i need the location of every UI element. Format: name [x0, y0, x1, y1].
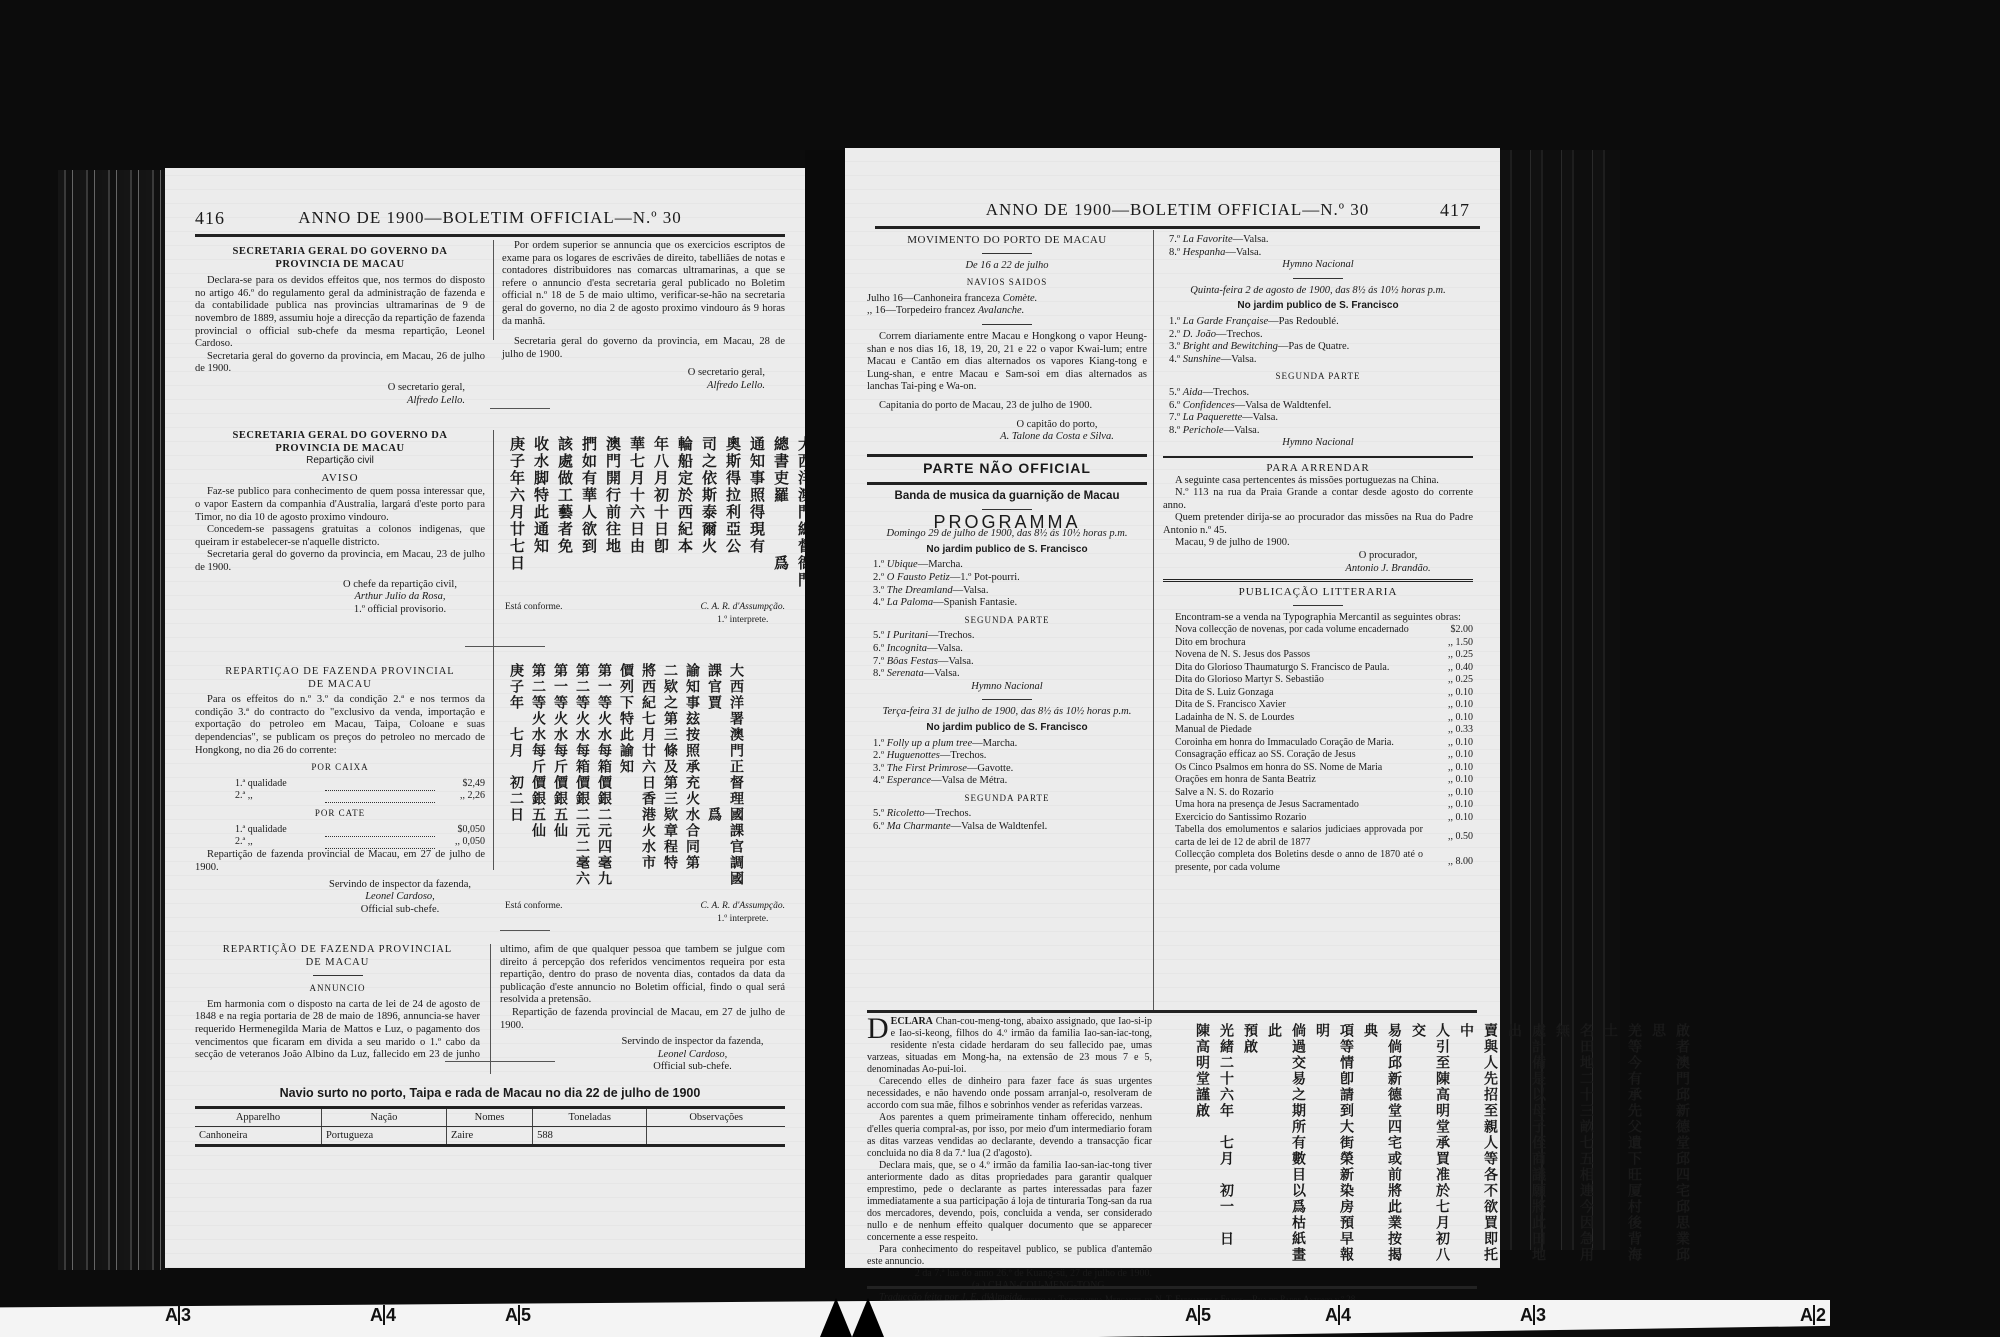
- chinese-column: 通知事照得現有: [745, 436, 769, 596]
- piece-title: Sunshine: [1183, 354, 1221, 365]
- film-strip: [0, 1300, 1830, 1337]
- film-arrow-icon: [852, 1298, 884, 1337]
- notice-secretaria-1: SECRETARIA GERAL DO GOVERNO DA PROVINCIA…: [195, 246, 485, 407]
- notice-closing: Secretaria geral do governo da provincia…: [502, 336, 785, 361]
- concert-venue: No jardim publico de S. Francisco: [867, 544, 1147, 557]
- chinese-notice-1-attestation: Está conforme. C. A. R. d'Assumpção. 1.º…: [505, 601, 785, 626]
- programme-item: 1.º Ubique—Marcha.: [867, 559, 1147, 572]
- book-title: Dita do Glorioso Martyr S. Sebastião: [1163, 674, 1423, 687]
- table-cell: [647, 1127, 785, 1146]
- book-price: ,, 0.10: [1423, 749, 1473, 762]
- port-entry: Julho 16—Canhoneira franceza Comète.: [867, 293, 1147, 306]
- signature-role: 1.º official provisorio.: [315, 604, 485, 617]
- programme-item: 1.º Folly up a plum tree—Marcha.: [867, 738, 1147, 751]
- price-row: Os Cinco Psalmos em honra do SS. Nome de…: [1163, 762, 1473, 775]
- ship-table-title: Navio surto no porto, Taipa e rada de Ma…: [195, 1086, 785, 1100]
- film-marker: A2: [1800, 1305, 1826, 1326]
- notice-heading: PROVINCIA DE MACAU: [195, 259, 485, 272]
- book-title: Consagração efficaz ao SS. Coração de Je…: [1163, 749, 1423, 762]
- notice-body: Por ordem superior se annuncia que os ex…: [502, 240, 785, 328]
- subheading: NAVIOS SAIDOS: [867, 276, 1147, 289]
- price-value: $0,050: [435, 824, 485, 837]
- film-marker-number: 3: [1533, 1305, 1546, 1325]
- section-rule: [867, 454, 1147, 457]
- port-body: Correm diariamente entre Macau e Hongkon…: [867, 331, 1147, 394]
- declaration-body: Para conhecimento do respeitavel publico…: [867, 1244, 1152, 1268]
- piece-title: Confidences: [1183, 400, 1235, 411]
- column-header: Toneladas: [533, 1108, 647, 1127]
- chinese-notice-2-attestation: Está conforme. C. A. R. d'Assumpção. 1.º…: [505, 900, 785, 925]
- piece-title: Aida: [1183, 387, 1203, 398]
- programme-item: 8.º Hespanha—Valsa.: [1163, 247, 1473, 260]
- signature-title: O secretario geral,: [388, 382, 465, 393]
- price-row: Exercicio do Santissimo Rozario,, 0.10: [1163, 812, 1473, 825]
- concert-venue: No jardim publico de S. Francisco: [867, 722, 1147, 735]
- notice-aviso: SECRETARIA GERAL DO GOVERNO DA PROVINCIA…: [195, 430, 485, 616]
- notice-heading: DE MACAU: [195, 957, 480, 970]
- literary-price-list: Nova collecção de novenas, por cada volu…: [1163, 624, 1473, 874]
- chinese-column: 人引至陳高明堂承買准於七月初八交: [1406, 1023, 1454, 1278]
- table-cell: Zaire: [446, 1127, 532, 1146]
- price-value: ,, 0,050: [435, 836, 485, 849]
- price-table: 1.ª qualidade$2,492.ª ,,,, 2,26: [195, 778, 485, 804]
- chinese-column: 澳門開行前往地: [601, 436, 625, 596]
- book-title: Collecção completa dos Boletins desde o …: [1163, 849, 1423, 874]
- signature-role: Official sub-chefe.: [600, 1061, 785, 1074]
- dot-leader: [325, 836, 435, 849]
- piece-title: La Favorite: [1183, 234, 1233, 245]
- film-arrow-icon: [820, 1298, 852, 1337]
- programme-item: 4.º La Paloma—Spanish Fantasie.: [867, 597, 1147, 610]
- book-title: Dito em brochura: [1163, 637, 1423, 650]
- section-rule: [445, 1061, 555, 1062]
- notice-body: Concedem-se passagens gratuitas a colono…: [195, 524, 485, 549]
- price-row: Uma hora na presença de Jesus Sacramenta…: [1163, 799, 1473, 812]
- piece-title: La Paquerette: [1183, 412, 1242, 423]
- notice-closing: Secretaria geral do governo da provincia…: [195, 549, 485, 574]
- interpreter-name: C. A. R. d'Assumpção.: [701, 900, 785, 913]
- book-price: ,, 0.10: [1423, 812, 1473, 825]
- chinese-column: 項等情卽請到大街榮新染房預早報明: [1310, 1023, 1358, 1278]
- notice-closing: Repartição de fazenda provincial de Maca…: [195, 849, 485, 874]
- concert: Terça-feira 31 de julho de 1900, das 8½ …: [867, 706, 1147, 833]
- for-rent-body: Quem pretender dirija-se ao procurador d…: [1163, 512, 1473, 537]
- film-marker-number: 3: [178, 1305, 191, 1325]
- band-heading: Banda de musica da guarnição de Macau: [867, 490, 1147, 503]
- table-cell: 588: [533, 1127, 647, 1146]
- declaration-body: Declara mais, que, se o 4.º irmão da fam…: [867, 1160, 1152, 1244]
- chinese-notice-1: 大西洋澳門總督衙門總書吏羅 爲通知事照得現有奧斯得拉利亞公司之依斯泰爾火輪船定於…: [505, 436, 817, 596]
- concert-date: Domingo 29 de julho de 1900, das 8½ ás 1…: [867, 528, 1147, 541]
- signature-name: Alfredo Lello.: [195, 395, 465, 408]
- book-price: ,, 0.10: [1423, 737, 1473, 750]
- part-label: SEGUNDA PARTE: [1163, 370, 1473, 383]
- film-marker-number: 4: [1338, 1305, 1351, 1325]
- notice-title: AVISO: [195, 472, 485, 485]
- price-value: $2,49: [435, 778, 485, 791]
- right-page: ANNO DE 1900—BOLETIM OFFICIAL—N.º 30 417…: [845, 148, 1500, 1268]
- programme-item: 3.º Bright and Bewitching—Pas de Quatre.: [1163, 341, 1473, 354]
- book-title: Uma hora na presença de Jesus Sacramenta…: [1163, 799, 1423, 812]
- price-row: Ladainha de N. S. de Lourdes,, 0.10: [1163, 712, 1473, 725]
- price-row: Consagração efficaz ao SS. Coração de Je…: [1163, 749, 1473, 762]
- anthem: Hymno Nacional: [1163, 437, 1473, 450]
- book-price: ,, 0.10: [1423, 687, 1473, 700]
- notice-heading: SECRETARIA GERAL DO GOVERNO DA: [195, 246, 485, 259]
- piece-title: Perichole: [1183, 425, 1224, 436]
- chinese-column: 該處做工藝者免: [553, 436, 577, 596]
- port-movement: MOVIMENTO DO PORTO DE MACAU De 16 a 22 d…: [867, 234, 1147, 444]
- book-price: ,, 0.40: [1423, 662, 1473, 675]
- piece-title: I Puritani: [887, 630, 928, 641]
- period: De 16 a 22 de julho: [867, 260, 1147, 273]
- signature-title: O chefe da repartição civil,: [315, 579, 485, 592]
- column-divider: [493, 240, 494, 340]
- price-row: Coroinha em honra do Immaculado Coração …: [1163, 737, 1473, 750]
- film-marker-number: 2: [1813, 1305, 1826, 1325]
- book-title: Novena de N. S. Jesus dos Passos: [1163, 649, 1423, 662]
- ship-table: ApparelhoNaçãoNomesToneladasObservações …: [195, 1106, 785, 1147]
- declaration-body: Aos parentes a quem primeiramente tinham…: [867, 1112, 1152, 1160]
- running-head-title: ANNO DE 1900—BOLETIM OFFICIAL—N.º 30: [195, 208, 785, 228]
- dot-leader: [325, 778, 435, 791]
- piece-title: The Dreamland: [887, 585, 953, 596]
- signature-title: O secretario geral,: [688, 367, 765, 378]
- concert: Quinta-feira 2 de agosto de 1900, das 8½…: [1163, 285, 1473, 450]
- programme-item: 2.º D. João—Trechos.: [1163, 329, 1473, 342]
- programme-item: 7.º La Paquerette—Valsa.: [1163, 412, 1473, 425]
- column-header: Observações: [647, 1108, 785, 1127]
- book-title: Dita de S. Francisco Xavier: [1163, 699, 1423, 712]
- chinese-column: 諭知事玆按照承充火水合同第: [681, 663, 703, 893]
- signature-name: Antonio J. Brandão.: [1303, 563, 1473, 576]
- book-title: Dita do Glorioso Thaumaturgo S. Francisc…: [1163, 662, 1423, 675]
- programme-item: 2.º Huguenottes—Trechos.: [867, 750, 1147, 763]
- section-rule: [867, 482, 1147, 485]
- concert-continued: 7.º La Favorite—Valsa.8.º Hespanha—Valsa…: [1163, 234, 1473, 272]
- chinese-column: 年八月初十日卽: [649, 436, 673, 596]
- price-row: Novena de N. S. Jesus dos Passos,, 0.25: [1163, 649, 1473, 662]
- notice-body: Faz-se publico para conhecimento de quem…: [195, 486, 485, 524]
- chinese-column: 第二等火水每斤價銀五仙: [527, 663, 549, 893]
- chinese-column: 課官賈 爲: [703, 663, 725, 893]
- notice-fazenda-petroleo: REPARTIÇAO DE FAZENDA PROVINCIAL DE MACA…: [195, 666, 485, 916]
- programme-item: 6.º Ma Charmante—Valsa de Waldtenfel.: [867, 821, 1147, 834]
- parte-nao-official-heading: PARTE NÃO OFFICIAL: [867, 460, 1147, 476]
- chinese-column: 賣與人先招至親人等各不欲買即托中: [1454, 1023, 1502, 1278]
- right-column: 7.º La Favorite—Valsa.8.º Hespanha—Valsa…: [1163, 234, 1473, 874]
- notice-heading: PROVINCIA DE MACAU: [195, 443, 485, 456]
- dot-leader: [325, 824, 435, 837]
- price-value: ,, 2,26: [435, 790, 485, 803]
- programme-title: PROGRAMMA: [867, 516, 1147, 529]
- film-marker: A4: [370, 1305, 396, 1326]
- page-number: 417: [1440, 200, 1470, 221]
- piece-title: La Garde Française: [1183, 316, 1268, 327]
- price-row: Dita do Glorioso Martyr S. Sebastião,, 0…: [1163, 674, 1473, 687]
- literary-publications: PUBLICAÇÃO LITTERARIA Encontram-se a ven…: [1163, 586, 1473, 874]
- programme-item: 6.º Incognita—Valsa.: [867, 643, 1147, 656]
- programme-item: 3.º The First Primrose—Gavotte.: [867, 763, 1147, 776]
- book-price: ,, 8.00: [1423, 849, 1473, 874]
- for-rent-closing: Macau, 9 de julho de 1900.: [1163, 537, 1473, 550]
- piece-title: Ubique: [887, 559, 918, 570]
- book-price: $2.00: [1423, 624, 1473, 637]
- interpreter-role: 1.º interprete.: [717, 615, 768, 625]
- programme-item: 6.º Confidences—Valsa de Waldtenfel.: [1163, 400, 1473, 413]
- book-title: Dita de S. Luiz Gonzaga: [1163, 687, 1423, 700]
- header-rule: [195, 234, 785, 237]
- signature-name: Leonel Cardoso,: [600, 1049, 785, 1062]
- book-gutter: [805, 150, 845, 1270]
- book-price: ,, 0.10: [1423, 762, 1473, 775]
- anthem: Hymno Nacional: [1163, 259, 1473, 272]
- film-marker: A3: [1520, 1305, 1546, 1326]
- chinese-column: 華七月十六日由: [625, 436, 649, 596]
- book-title: Exercicio do Santissimo Rozario: [1163, 812, 1423, 825]
- running-head-left: 416 ANNO DE 1900—BOLETIM OFFICIAL—N.º 30: [195, 208, 785, 232]
- piece-title: Ma Charmante: [887, 821, 951, 832]
- chinese-column: 第二等火水每箱價銀二元二毫六: [571, 663, 593, 893]
- programme-item: 5.º I Puritani—Trechos.: [867, 630, 1147, 643]
- notice-closing: Repartição de fazenda provincial de Maca…: [500, 1007, 785, 1032]
- book-price: ,, 0.10: [1423, 699, 1473, 712]
- drop-cap: D: [867, 1016, 889, 1042]
- for-rent-body: N.º 113 na rua da Praia Grande a contar …: [1163, 487, 1473, 512]
- notice-body: Para os effeitos do n.º 3.º da condição …: [195, 694, 485, 757]
- piece-title: Hespanha: [1183, 247, 1226, 258]
- book-price: ,, 0.10: [1423, 799, 1473, 812]
- conformity-note: Está conforme.: [505, 601, 625, 614]
- notice-subheading: Repartição civil: [195, 455, 485, 468]
- film-marker: A5: [1185, 1305, 1211, 1326]
- declaration: DECLARA Chan-cou-meng-tong, abaixo assig…: [867, 1016, 1152, 1304]
- programme-item: 2.º O Fausto Petiz—1.º Pot-pourri.: [867, 572, 1147, 585]
- column-divider: [1153, 230, 1154, 1010]
- chinese-column: 奧斯得拉利亞公: [721, 436, 745, 596]
- price-row: Dita de S. Luiz Gonzaga,, 0.10: [1163, 687, 1473, 700]
- piece-title: Bright and Bewitching: [1183, 341, 1278, 352]
- book-price: ,, 0.10: [1423, 712, 1473, 725]
- book-edge-left: [58, 170, 168, 1270]
- programme-item: 4.º Esperance—Valsa de Métra.: [867, 775, 1147, 788]
- book-title: Salve a N. S. do Rozario: [1163, 787, 1423, 800]
- signature-title: Servindo de inspector da fazenda,: [600, 1036, 785, 1049]
- book-price: ,, 0.10: [1423, 774, 1473, 787]
- piece-title: Bôas Festas: [887, 656, 938, 667]
- price-table: 1.ª qualidade$0,0502.ª ,,,, 0,050: [195, 824, 485, 850]
- piece-title: D. João: [1183, 329, 1216, 340]
- literary-heading: PUBLICAÇÃO LITTERARIA: [1163, 586, 1473, 599]
- price-quality: 2.ª ,,: [195, 836, 325, 849]
- anthem: Hymno Nacional: [867, 681, 1147, 694]
- chinese-column: 羌等今有承先父遺下旺厦村後背海土: [1598, 1023, 1646, 1278]
- programme-item: 8.º Perichole—Valsa.: [1163, 425, 1473, 438]
- chinese-column: 將西紀七月廿六日香港火水市: [637, 663, 659, 893]
- piece-title: La Paloma: [887, 597, 933, 608]
- price-row: 1.ª qualidade$0,050: [195, 824, 485, 837]
- table-cell: Portugueza: [321, 1127, 446, 1146]
- signature-name: Arthur Julio da Rosa,: [315, 591, 485, 604]
- column-header: Nação: [321, 1108, 446, 1127]
- signature-title: Servindo de inspector da fazenda,: [315, 879, 485, 892]
- port-entries: Julho 16—Canhoneira franceza Comète.,, 1…: [867, 293, 1147, 318]
- chinese-column: 易倘邱新德堂四宅或前將此業按揭典: [1358, 1023, 1406, 1278]
- programme-item: 5.º Aida—Trechos.: [1163, 387, 1473, 400]
- section-rule: [500, 930, 550, 931]
- declaration-date: 2 da 7.ª lua do anno 26.º de Kuang-sü, 2…: [867, 1268, 1152, 1280]
- book-price: ,, 0.25: [1423, 649, 1473, 662]
- signature-name: Leonel Cardoso,: [315, 891, 485, 904]
- price-row: 1.ª qualidade$2,49: [195, 778, 485, 791]
- chinese-column: 啟者澳門邱新德堂邱四宅邱思業邱思: [1646, 1023, 1694, 1278]
- notice-body: Declara-se para os devidos effeitos que,…: [195, 275, 485, 351]
- programme-item: 3.º The Dreamland—Valsa.: [867, 585, 1147, 598]
- section-rule: [867, 1010, 1477, 1013]
- signature-name: Alfredo Lello.: [502, 380, 765, 393]
- table-row: CanhoneiraPortuguezaZaire588: [195, 1127, 785, 1146]
- running-head-title: ANNO DE 1900—BOLETIM OFFICIAL—N.º 30: [875, 200, 1480, 220]
- declaration-lead: ECLARA: [891, 1016, 933, 1027]
- section-rule: [465, 646, 545, 647]
- piece-title: Esperance: [887, 775, 931, 786]
- port-entry: ,, 16—Torpedeiro francez Avalanche.: [867, 305, 1147, 318]
- book-title: Coroinha em honra do Immaculado Coração …: [1163, 737, 1423, 750]
- left-page: 416 ANNO DE 1900—BOLETIM OFFICIAL—N.º 30…: [165, 168, 805, 1268]
- signature-name: A. Talone da Costa e Silva.: [967, 431, 1147, 444]
- price-row: Dita de S. Francisco Xavier,, 0.10: [1163, 699, 1473, 712]
- section-rule: [490, 408, 550, 409]
- notice-heading: DE MACAU: [195, 679, 485, 692]
- vessel-name: Comète.: [1003, 293, 1038, 304]
- price-row: Collecção completa dos Boletins desde o …: [1163, 849, 1473, 874]
- piece-title: Serenata: [887, 668, 924, 679]
- film-marker-number: 4: [383, 1305, 396, 1325]
- book-price: ,, 0.10: [1423, 787, 1473, 800]
- chinese-column: 輪船定於西紀本: [673, 436, 697, 596]
- signature-title: O procurador,: [1303, 550, 1473, 563]
- book-title: Tabella dos emolumentos e salarios judic…: [1163, 824, 1423, 849]
- chinese-column: 總書吏羅 爲: [769, 436, 793, 596]
- concert-venue: No jardim publico de S. Francisco: [1163, 300, 1473, 313]
- column-header: Nomes: [446, 1108, 532, 1127]
- film-marker: A5: [505, 1305, 531, 1326]
- price-row: Manual de Piedade,, 0.33: [1163, 724, 1473, 737]
- chinese-column: 大西洋署澳門正督理國課官調國: [725, 663, 747, 893]
- part-label: SEGUNDA PARTE: [867, 614, 1147, 627]
- chinese-column: 預啟: [1238, 1023, 1262, 1278]
- price-row: Orações em honra de Santa Beatriz,, 0.10: [1163, 774, 1473, 787]
- piece-title: O Fausto Petiz: [887, 572, 950, 583]
- book-price: ,, 0.33: [1423, 724, 1473, 737]
- conformity-note: Está conforme.: [505, 900, 625, 913]
- book-title: Ladainha de N. S. de Lourdes: [1163, 712, 1423, 725]
- film-marker: A3: [165, 1305, 191, 1326]
- chinese-column: 司之依斯泰爾火: [697, 436, 721, 596]
- programme-item: 5.º Ricoletto—Trechos.: [867, 808, 1147, 821]
- interpreter-name: C. A. R. d'Assumpção.: [701, 601, 785, 614]
- price-row: 2.ª ,,,, 2,26: [195, 790, 485, 803]
- price-group-label: POR CAIXA: [195, 761, 485, 774]
- film-marker: A4: [1325, 1305, 1351, 1326]
- price-row: 2.ª ,,,, 0,050: [195, 836, 485, 849]
- book-price: ,, 0.50: [1423, 824, 1473, 849]
- for-rent-body: A seguinte casa pertencentes ás missões …: [1163, 475, 1473, 488]
- price-quality: 1.ª qualidade: [195, 824, 325, 837]
- chinese-column: 收水脚特此通知: [529, 436, 553, 596]
- for-rent: PARA ARRENDAR A seguinte casa pertencent…: [1163, 462, 1473, 575]
- book-price: ,, 0.25: [1423, 674, 1473, 687]
- part-label: SEGUNDA PARTE: [867, 792, 1147, 805]
- running-head-right: ANNO DE 1900—BOLETIM OFFICIAL—N.º 30 417: [875, 200, 1480, 224]
- signature-title: O capitão do porto,: [967, 419, 1147, 432]
- column-divider: [493, 430, 494, 870]
- chinese-column: 價列下特此諭知: [615, 663, 637, 893]
- piece-title: The First Primrose: [887, 763, 967, 774]
- chinese-column: 庚子年 七月 初二日: [505, 663, 527, 893]
- programme-item: 7.º Bôas Festas—Valsa.: [867, 656, 1147, 669]
- piece-title: Folly up a plum tree: [887, 738, 972, 749]
- price-group-label: POR CATE: [195, 807, 485, 820]
- interpreter-role: 1.º interprete.: [717, 914, 768, 924]
- film-marker-number: 5: [518, 1305, 531, 1325]
- notice-heading: REPARTIÇAO DE FAZENDA PROVINCIAL: [195, 666, 485, 679]
- chinese-column: 名田地二十三畝七五相連今因急用無: [1550, 1023, 1598, 1278]
- band-programme: Banda de musica da guarnição de Macau PR…: [867, 490, 1147, 834]
- literary-intro: Encontram-se a venda na Typographia Merc…: [1163, 612, 1473, 625]
- concert-date: Terça-feira 31 de julho de 1900, das 8½ …: [867, 706, 1147, 719]
- for-rent-heading: PARA ARRENDAR: [1163, 462, 1473, 475]
- price-row: Dito em brochura,, 1.50: [1163, 637, 1473, 650]
- footer-rule: [867, 1286, 1477, 1289]
- chinese-column: 第一等火水每斤價銀五仙: [549, 663, 571, 893]
- book-price: ,, 1.50: [1423, 637, 1473, 650]
- chinese-signer: 陳高明堂謹啟: [1190, 1023, 1214, 1278]
- header-rule: [875, 226, 1480, 229]
- chinese-column: 第一等火水每箱價銀二元四毫九: [593, 663, 615, 893]
- price-row: Tabella dos emolumentos e salarios judic…: [1163, 824, 1473, 849]
- chinese-column: 捫如有華人欲到: [577, 436, 601, 596]
- vessel-name: Avalanche.: [978, 305, 1024, 316]
- book-title: Manual de Piedade: [1163, 724, 1423, 737]
- port-closing: Capitania do porto de Macau, 23 de julho…: [867, 400, 1147, 413]
- section-heading: MOVIMENTO DO PORTO DE MACAU: [867, 234, 1147, 247]
- book-title: Os Cinco Psalmos em honra do SS. Nome de…: [1163, 762, 1423, 775]
- price-quality: 1.ª qualidade: [195, 778, 325, 791]
- book-title: Orações em honra de Santa Beatriz: [1163, 774, 1423, 787]
- table-cell: Canhoneira: [195, 1127, 321, 1146]
- chinese-notice-2: 大西洋署澳門正督理國課官調國課官賈 爲諭知事玆按照承充火水合同第二欵之第三條及第…: [505, 663, 747, 893]
- chinese-column: 倘過交易之期所有數目以爲枯紙畫此: [1262, 1023, 1310, 1278]
- signature-role: Official sub-chefe.: [315, 904, 485, 917]
- notice-fazenda-annuncio: REPARTIÇÃO DE FAZENDA PROVINCIAL DE MACA…: [195, 944, 785, 1074]
- price-row: Nova collecção de novenas, por cada volu…: [1163, 624, 1473, 637]
- notice-heading: SECRETARIA GERAL DO GOVERNO DA: [195, 430, 485, 443]
- film-marker-number: 5: [1198, 1305, 1211, 1325]
- programme-item: 4.º Sunshine—Valsa.: [1163, 354, 1473, 367]
- notice-title: ANNUNCIO: [195, 982, 480, 995]
- programme-item: 1.º La Garde Française—Pas Redoublé.: [1163, 316, 1473, 329]
- piece-title: Incognita: [887, 643, 927, 654]
- price-row: Salve a N. S. do Rozario,, 0.10: [1163, 787, 1473, 800]
- chinese-notice-3: 啟者澳門邱新德堂邱四宅邱思業邱思羌等今有承先父遺下旺厦村後背海土名田地二十三畝七…: [1190, 1023, 1694, 1278]
- notice-closing: Secretaria geral do governo da provincia…: [195, 351, 485, 376]
- chinese-column: 庚子年六月廿七日: [505, 436, 529, 596]
- column-header: Apparelho: [195, 1108, 321, 1127]
- piece-title: Huguenottes: [887, 750, 940, 761]
- concert: Domingo 29 de julho de 1900, das 8½ ás 1…: [867, 528, 1147, 693]
- piece-title: Ricoletto: [887, 808, 925, 819]
